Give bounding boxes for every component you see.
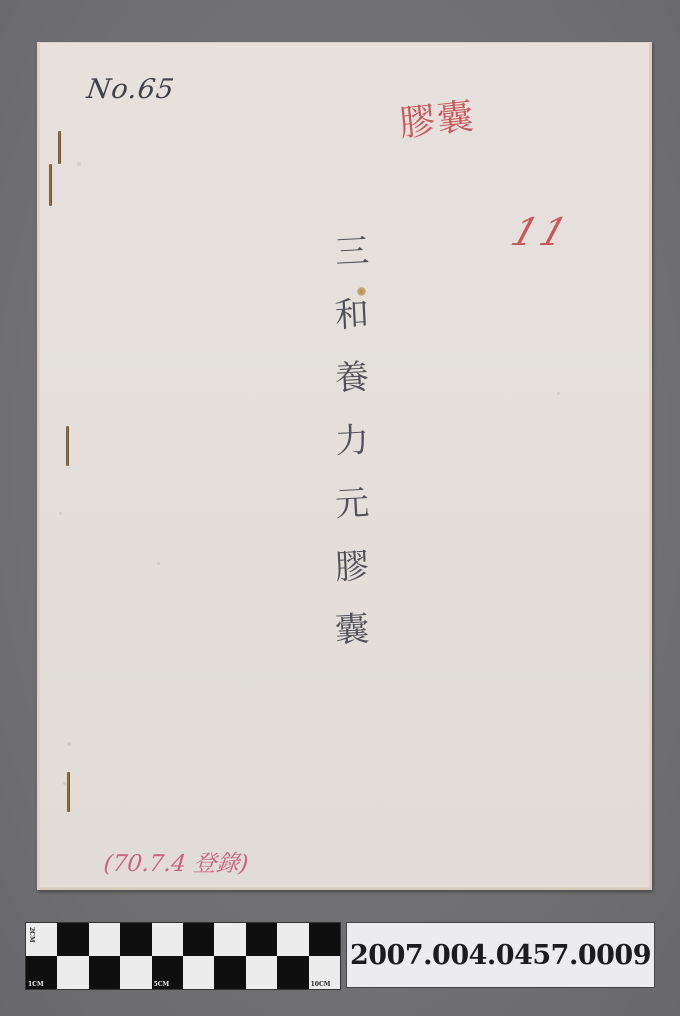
paper-spot	[557, 392, 560, 395]
scale-label-10cm: 10CM	[311, 981, 331, 988]
paper-spot	[157, 562, 160, 565]
scale-cell	[152, 923, 183, 956]
title-char: 三	[334, 231, 370, 273]
paper-spot	[77, 162, 81, 166]
scale-cell	[246, 923, 277, 956]
scale-label-top: 2CM	[28, 927, 35, 943]
title-char: 元	[334, 483, 370, 525]
title-char: 和	[334, 294, 370, 336]
document-cover: No.65 膠囊 11 三 和 養 力 元 膠 囊 (70.7.4 登錄)	[37, 42, 652, 890]
scale-cell	[120, 956, 151, 989]
date-annotation: (70.7.4 登錄)	[102, 845, 250, 878]
title-char: 力	[334, 420, 370, 462]
paper-spot	[63, 782, 66, 785]
paper-left-edge	[37, 42, 40, 888]
paper-spot	[67, 742, 71, 746]
title-char: 養	[334, 357, 370, 399]
red-number: 11	[506, 210, 577, 254]
scale-cell	[214, 956, 245, 989]
scale-cell	[277, 956, 308, 989]
accession-label: 2007.004.0457.0009	[346, 922, 655, 988]
scale-cell	[57, 956, 88, 989]
document-title: 三 和 養 力 元 膠 囊	[327, 232, 377, 650]
color-scale-bar: 2CM 1CM 5CM 10CM	[25, 922, 341, 990]
scale-cell: 1CM	[26, 956, 57, 989]
scale-cell: 10CM	[309, 956, 340, 989]
paper-spot	[59, 512, 62, 515]
scale-cell	[183, 956, 214, 989]
scale-cell: 5CM	[152, 956, 183, 989]
red-annotation: 膠囊	[397, 88, 478, 147]
staple-mark	[49, 164, 52, 206]
document-number: No.65	[85, 74, 177, 105]
scale-cell	[183, 923, 214, 956]
title-char: 囊	[334, 609, 370, 651]
scale-cell: 2CM	[26, 923, 57, 956]
scale-cell	[214, 923, 245, 956]
accession-number: 2007.004.0457.0009	[350, 940, 651, 971]
scale-cell	[89, 923, 120, 956]
scale-cell	[89, 956, 120, 989]
scale-cell	[309, 923, 340, 956]
scale-cell	[120, 923, 151, 956]
staple-mark	[67, 772, 70, 812]
staple-mark	[66, 426, 69, 466]
scale-cell	[57, 923, 88, 956]
scale-label-5cm: 5CM	[154, 981, 170, 988]
scale-label-1cm: 1CM	[28, 981, 44, 988]
scale-cell	[246, 956, 277, 989]
title-char: 膠	[334, 546, 370, 588]
staple-mark	[58, 131, 61, 164]
scale-cell	[277, 923, 308, 956]
